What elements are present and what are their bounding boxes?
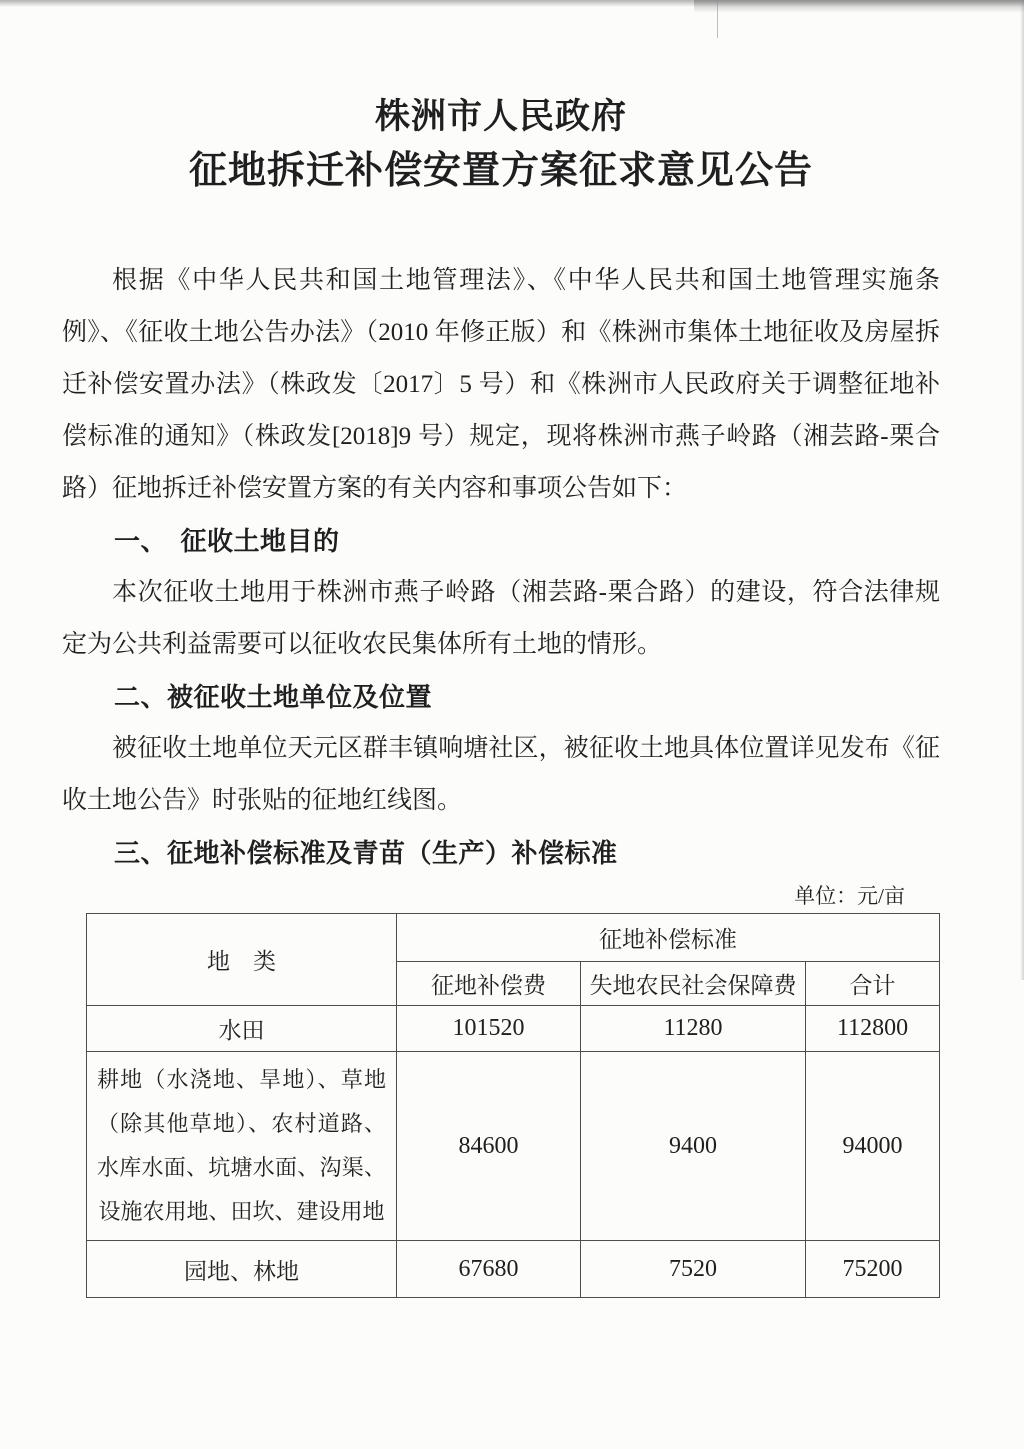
section-2-paragraph: 被征收土地单位天元区群丰镇响塘社区，被征收土地具体位置详见发布《征收土地公告》时… [62, 723, 940, 827]
table-row: 耕地（水浇地、旱地）、草地（除其他草地）、农村道路、水库水面、坑塘水面、沟渠、设… [87, 1052, 940, 1241]
header-compensation-fee: 征地补偿费 [397, 962, 581, 1006]
document-header: 株洲市人民政府 征地拆迁补偿安置方案征求意见公告 [62, 90, 940, 199]
cell-social-security-fee: 9400 [581, 1052, 806, 1241]
table-row: 水田 101520 11280 112800 [87, 1006, 940, 1052]
table-row: 园地、林地 67680 7520 75200 [87, 1241, 940, 1298]
section-2-heading: 二、被征收土地单位及位置 [62, 671, 940, 723]
issuer-title: 株洲市人民政府 [62, 90, 940, 143]
cell-social-security-fee: 11280 [581, 1006, 806, 1052]
cell-total: 112800 [806, 1006, 940, 1052]
scan-artifact-hairline [717, 0, 718, 38]
document-title: 征地拆迁补偿安置方案征求意见公告 [62, 143, 940, 199]
compensation-table: 地 类 征地补偿标准 征地补偿费 失地农民社会保障费 合计 水田 101520 … [86, 913, 940, 1298]
intro-paragraph: 根据《中华人民共和国土地管理法》、《中华人民共和国土地管理实施条例》、《征收土地… [62, 255, 940, 515]
cell-land-type: 水田 [87, 1006, 397, 1052]
cell-total: 75200 [806, 1241, 940, 1298]
cell-land-type: 耕地（水浇地、旱地）、草地（除其他草地）、农村道路、水库水面、坑塘水面、沟渠、设… [87, 1052, 397, 1241]
section-1-paragraph: 本次征收土地用于株洲市燕子岭路（湘芸路-栗合路）的建设，符合法律规定为公共利益需… [62, 567, 940, 671]
table-header-row: 地 类 征地补偿标准 [87, 914, 940, 962]
scan-artifact-top-edge [0, 0, 1024, 7]
cell-social-security-fee: 7520 [581, 1241, 806, 1298]
cell-compensation-fee: 101520 [397, 1006, 581, 1052]
section-1-heading: 一、 征收土地目的 [62, 515, 940, 567]
cell-total: 94000 [806, 1052, 940, 1241]
header-social-security-fee: 失地农民社会保障费 [581, 962, 806, 1006]
cell-compensation-fee: 84600 [397, 1052, 581, 1241]
cell-land-type: 园地、林地 [87, 1241, 397, 1298]
document-page: 株洲市人民政府 征地拆迁补偿安置方案征求意见公告 根据《中华人民共和国土地管理法… [0, 0, 1024, 1449]
scan-artifact-right-edge [1020, 0, 1024, 980]
table-unit-label: 单位：元/亩 [62, 881, 940, 913]
header-total: 合计 [806, 962, 940, 1006]
header-compensation-standard: 征地补偿标准 [397, 914, 940, 962]
section-3-heading: 三、征地补偿标准及青苗（生产）补偿标准 [62, 827, 940, 879]
header-land-type: 地 类 [87, 914, 397, 1006]
cell-compensation-fee: 67680 [397, 1241, 581, 1298]
